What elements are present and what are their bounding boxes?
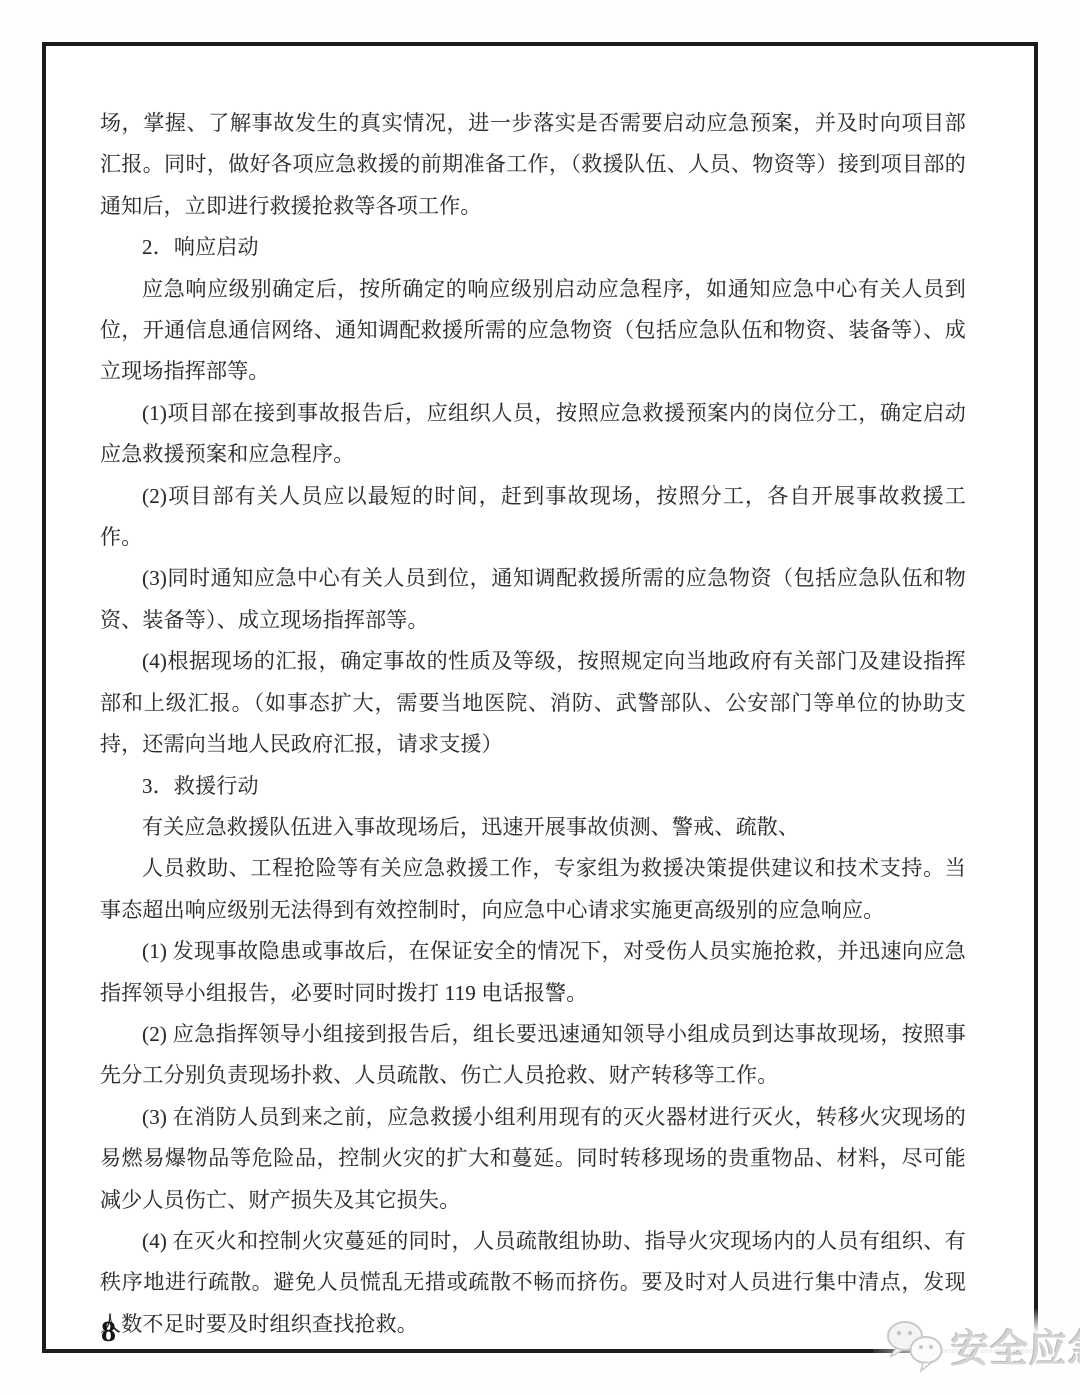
watermark: 安全应急: [885, 1318, 1080, 1373]
document-text-body: 场，掌握、了解事故发生的真实情况，进一步落实是否需要启动应急预案，并及时向项目部…: [100, 103, 966, 1345]
paragraph: 人员救助、工程抢险等有关应急救援工作，专家组为救援决策提供建议和技术支持。当事态…: [100, 848, 966, 931]
chat-bubbles-icon: [885, 1319, 947, 1373]
paragraph: 应急响应级别确定后，按所确定的响应级别启动应急程序，如通知应急中心有关人员到位，…: [100, 269, 966, 393]
paragraph: (1)项目部在接到事故报告后，应组织人员，按照应急救援预案内的岗位分工，确定启动…: [100, 393, 966, 476]
paragraph: 有关应急救援队伍进入事故现场后，迅速开展事故侦测、警戒、疏散、: [100, 807, 966, 848]
watermark-text: 安全应急: [951, 1318, 1080, 1373]
paragraph: 2．响应启动: [100, 227, 966, 268]
paragraph: (2)项目部有关人员应以最短的时间，赶到事故现场，按照分工，各自开展事故救援工作…: [100, 476, 966, 559]
page-number: 8: [101, 1315, 116, 1349]
paragraph: (4)根据现场的汇报，确定事故的性质及等级，按照规定向当地政府有关部门及建设指挥…: [100, 641, 966, 765]
paragraph: (1) 发现事故隐患或事故后，在保证安全的情况下，对受伤人员实施抢救，并迅速向应…: [100, 931, 966, 1014]
paragraph: (3)同时通知应急中心有关人员到位，通知调配救援所需的应急物资（包括应急队伍和物…: [100, 558, 966, 641]
document-page: 场，掌握、了解事故发生的真实情况，进一步落实是否需要启动应急预案，并及时向项目部…: [0, 0, 1080, 1397]
paragraph: (3) 在消防人员到来之前，应急救援小组利用现有的灭火器材进行灭火，转移火灾现场…: [100, 1097, 966, 1221]
paragraph: 场，掌握、了解事故发生的真实情况，进一步落实是否需要启动应急预案，并及时向项目部…: [100, 103, 966, 227]
paragraph: (2) 应急指挥领导小组接到报告后，组长要迅速通知领导小组成员到达事故现场，按照…: [100, 1014, 966, 1097]
paragraph: (4) 在灭火和控制火灾蔓延的同时，人员疏散组协助、指导火灾现场内的人员有组织、…: [100, 1221, 966, 1345]
paragraph: 3．救援行动: [100, 766, 966, 807]
